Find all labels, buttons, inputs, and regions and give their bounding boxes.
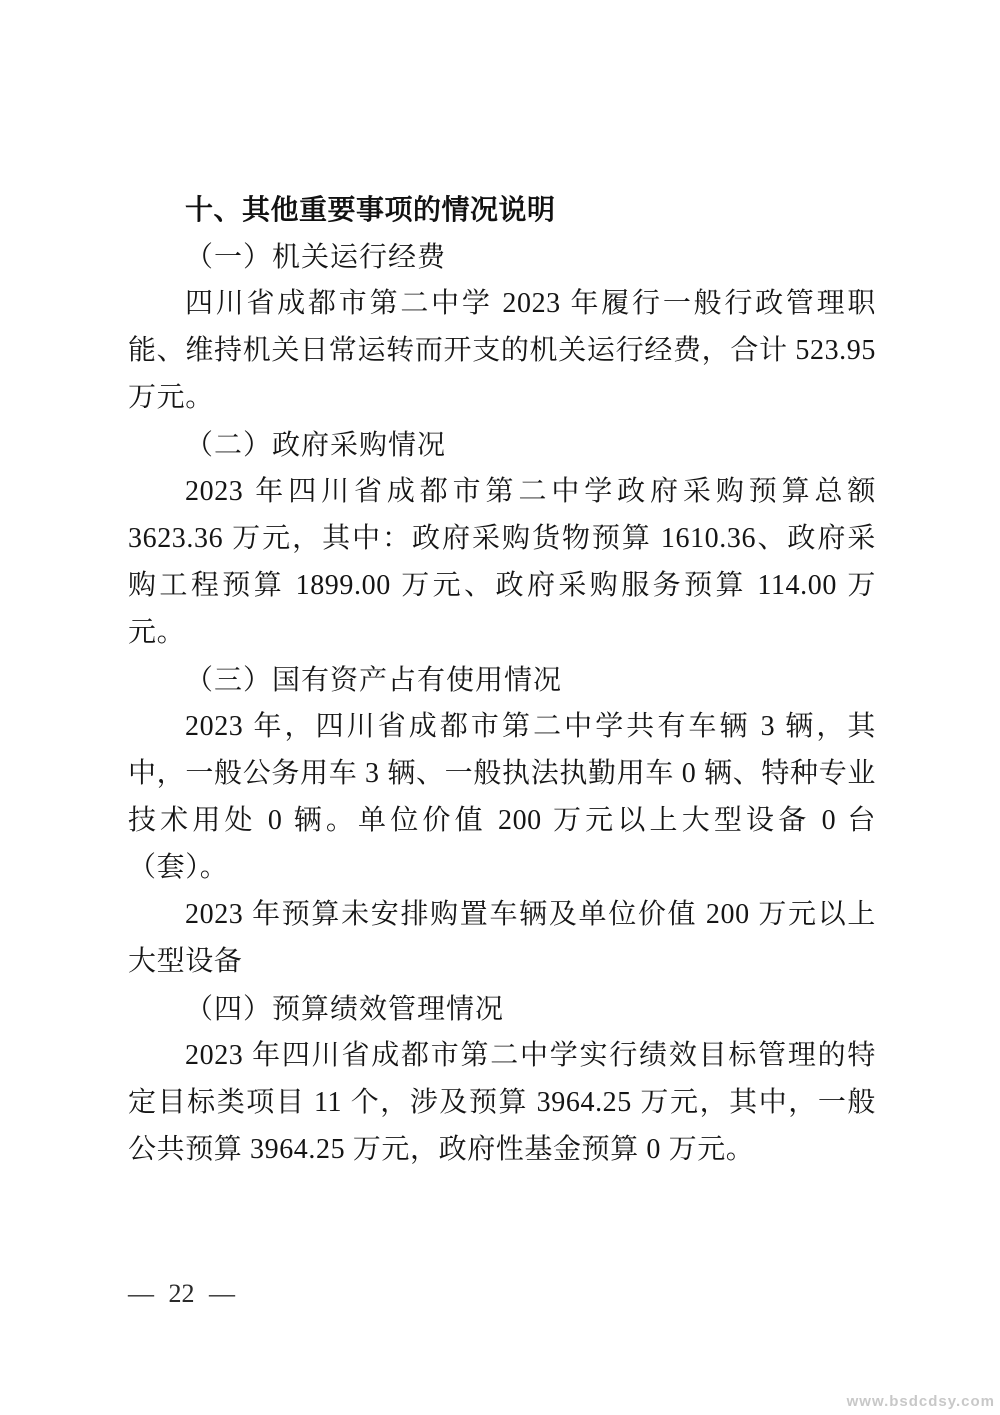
paragraph-agency-operating-expense: 四川省成都市第二中学 2023 年履行一般行政管理职能、维持机关日常运转而开支的… — [128, 280, 876, 421]
document-page: 十、其他重要事项的情况说明 （一）机关运行经费 四川省成都市第二中学 2023 … — [0, 0, 1000, 1415]
section-heading: 十、其他重要事项的情况说明 — [128, 186, 876, 233]
paragraph-state-assets-no-purchase: 2023 年预算未安排购置车辆及单位价值 200 万元以上大型设备 — [128, 891, 876, 985]
document-body: 十、其他重要事项的情况说明 （一）机关运行经费 四川省成都市第二中学 2023 … — [128, 186, 876, 1173]
subsection-heading-1: （一）机关运行经费 — [128, 233, 876, 280]
watermark-url: www.bsdcdsy.com — [847, 1393, 995, 1410]
paragraph-state-assets-vehicles: 2023 年，四川省成都市第二中学共有车辆 3 辆，其中，一般公务用车 3 辆、… — [128, 703, 876, 891]
subsection-heading-2: （二）政府采购情况 — [128, 421, 876, 468]
paragraph-government-procurement: 2023 年四川省成都市第二中学政府采购预算总额 3623.36 万元，其中：政… — [128, 468, 876, 656]
page-number: — 22 — — [128, 1270, 235, 1317]
paragraph-performance-management: 2023 年四川省成都市第二中学实行绩效目标管理的特定目标类项目 11 个，涉及… — [128, 1032, 876, 1173]
subsection-heading-4: （四）预算绩效管理情况 — [128, 985, 876, 1032]
subsection-heading-3: （三）国有资产占有使用情况 — [128, 656, 876, 703]
